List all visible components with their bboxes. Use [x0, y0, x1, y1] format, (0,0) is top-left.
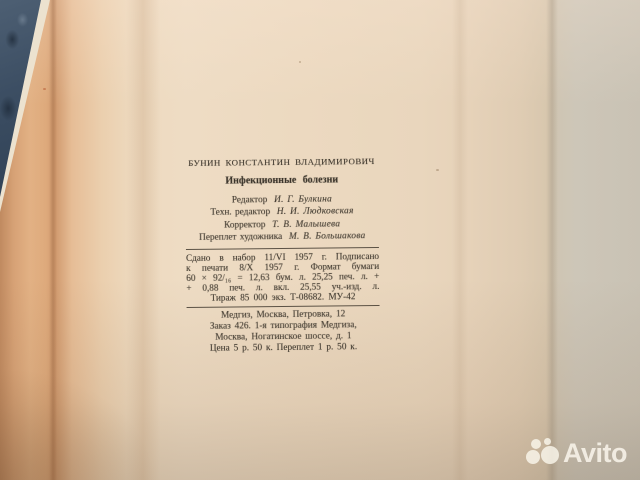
- page-gutter-seam: [546, 0, 558, 480]
- avito-dot-small: [531, 439, 541, 449]
- avito-dot-tiny: [544, 438, 551, 445]
- divider-rule-top: [186, 247, 379, 250]
- price-line: Цена 5 р. 50 к. Переплет 1 р. 50 к.: [187, 342, 380, 355]
- imprint-block: Сдано в набор 11/VI 1957 г. Подписано к …: [186, 251, 380, 304]
- credit-cover-artist: Переплет художника М. В. Большакова: [186, 230, 379, 244]
- paper-speck: [299, 61, 301, 63]
- book-title: Инфекционные болезни: [185, 174, 378, 187]
- divider-rule-bottom: [187, 305, 380, 308]
- colophon-text-block: БУНИН КОНСТАНТИН ВЛАДИМИРОВИЧ Инфекционн…: [185, 151, 380, 355]
- paper-speck: [43, 88, 46, 90]
- paper-speck: [436, 169, 439, 171]
- publisher-block: Медгиз, Москва, Петровка, 12 Заказ 426. …: [187, 309, 380, 355]
- avito-dot-medium: [526, 450, 540, 464]
- author-name: БУНИН КОНСТАНТИН ВЛАДИМИРОВИЧ: [185, 156, 378, 168]
- avito-dot-big: [541, 446, 559, 464]
- book-page-photo: БУНИН КОНСТАНТИН ВЛАДИМИРОВИЧ Инфекционн…: [0, 0, 640, 480]
- page-fold-shadow: [126, 0, 160, 480]
- avito-watermark: Avito: [521, 438, 627, 468]
- page-fold-crease: [49, 0, 57, 480]
- page-faint-crease: [452, 0, 468, 480]
- avito-watermark-label: Avito: [563, 438, 627, 468]
- credits-list: Редактор И. Г. Булкина Техн. редактор Н.…: [185, 193, 379, 245]
- print-run-line: Тираж 85 000 экз. Т-08682. МУ-42: [186, 291, 379, 304]
- table-surface-corner: [0, 0, 41, 197]
- avito-dots-icon: [521, 438, 561, 468]
- credit-tech-editor: Техн. редактор Н. И. Людковская: [186, 205, 379, 219]
